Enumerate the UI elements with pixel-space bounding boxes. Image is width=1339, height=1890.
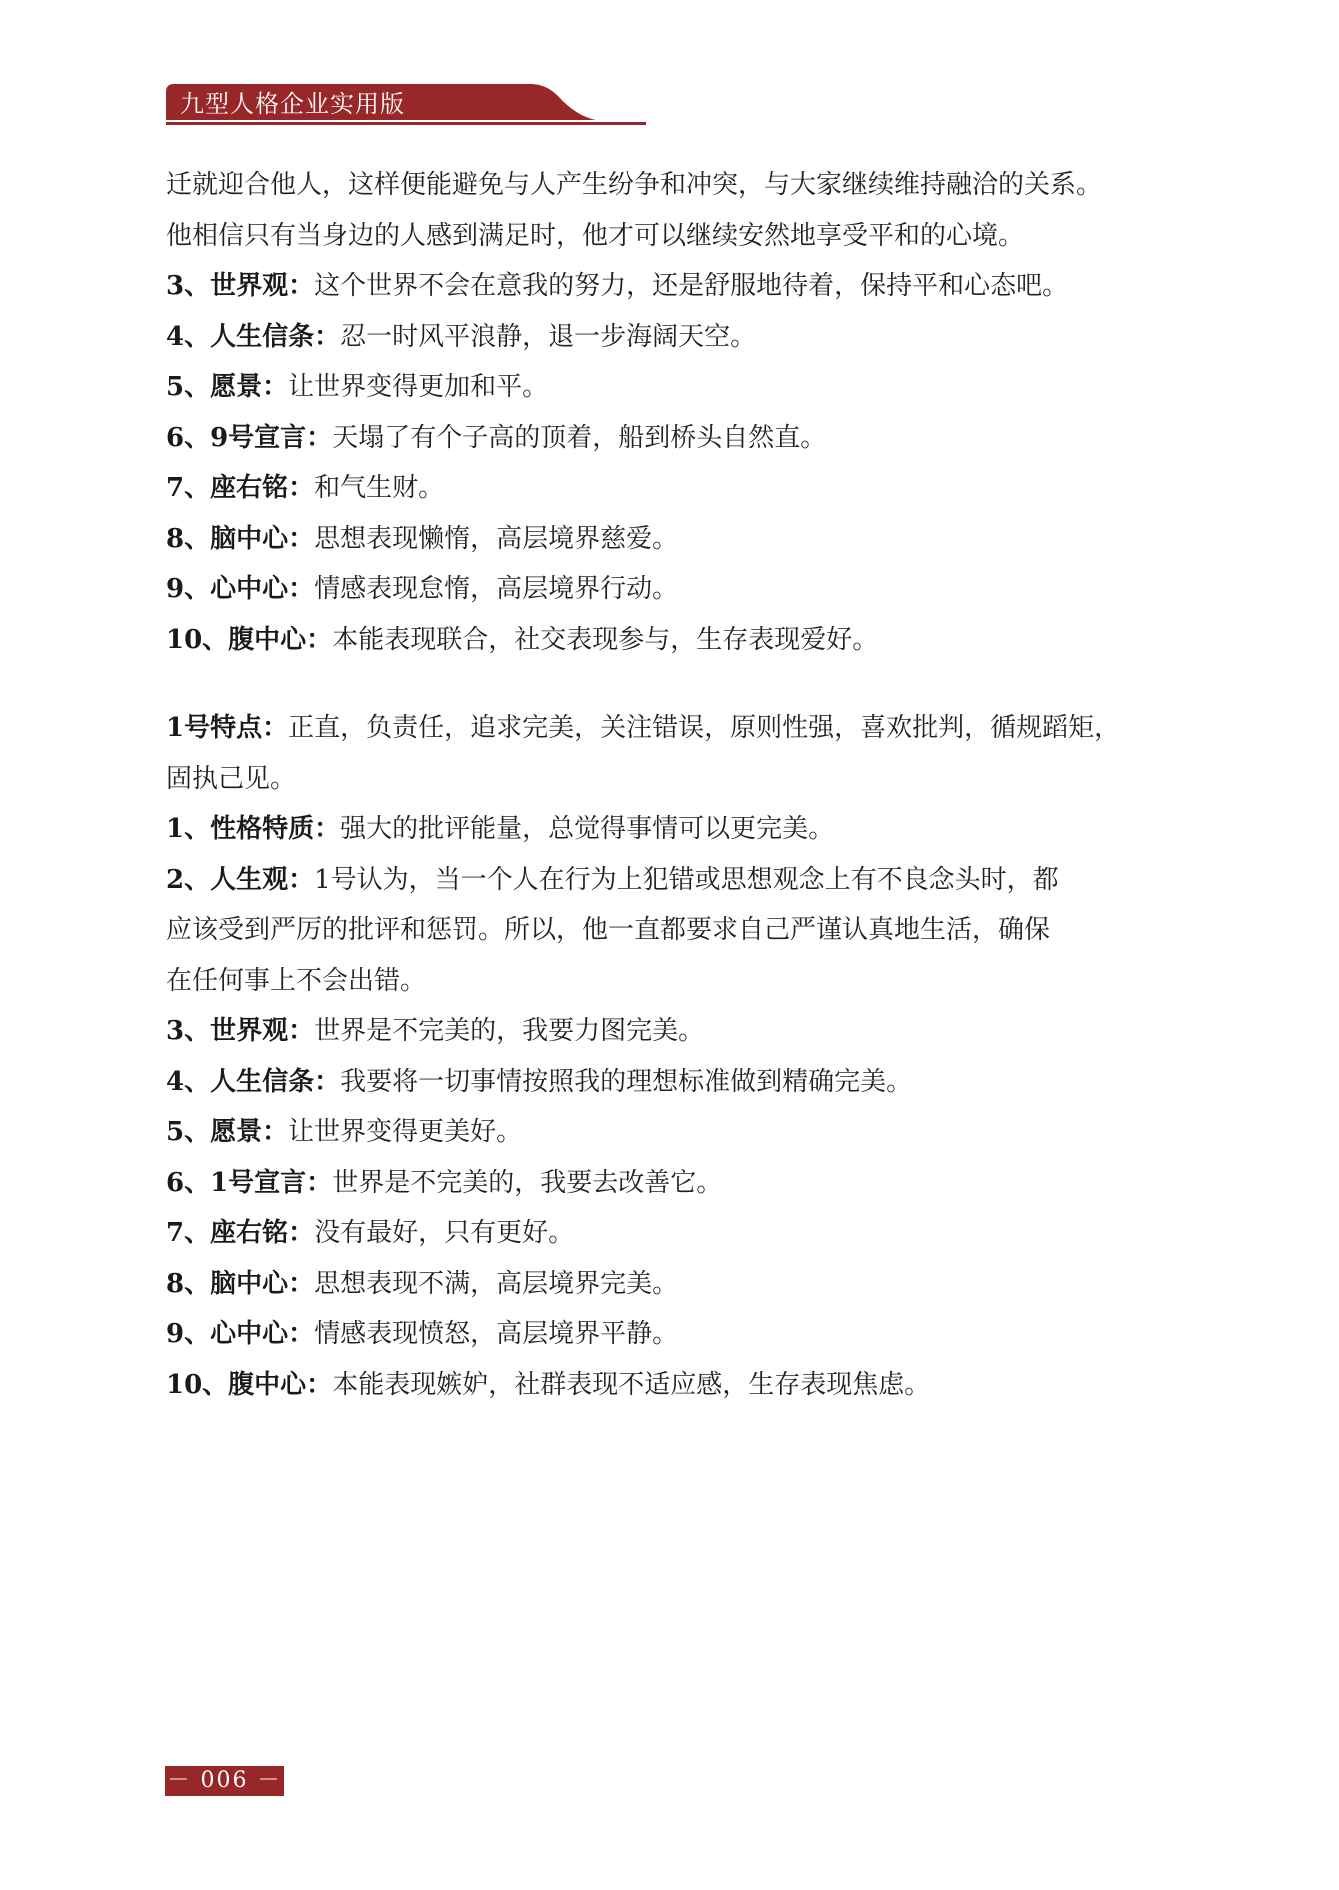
item-label: 5、愿景： (166, 1117, 288, 1147)
item-label: 4、人生信条： (166, 322, 340, 352)
list-item: 9、心中心：情感表现愤怒，高层境界平静。 (166, 1309, 1196, 1360)
item-text: 没有最好，只有更好。 (314, 1218, 574, 1248)
item-label: 8、脑中心： (166, 1269, 314, 1299)
list-item: 8、脑中心：思想表现懒惰，高层境界慈爱。 (166, 514, 1196, 565)
list-item: 10、腹中心：本能表现嫉妒，社群表现不适应感，生存表现焦虑。 (166, 1360, 1196, 1411)
item-text: 本能表现联合，社交表现参与，生存表现爱好。 (332, 625, 878, 655)
page-body: 迁就迎合他人，这样便能避免与人产生纷争和冲突，与大家继续维持融洽的关系。 他相信… (166, 160, 1196, 1410)
item-label: 5、愿景： (166, 372, 288, 402)
item-text: 世界是不完美的，我要去改善它。 (332, 1168, 722, 1198)
item-label: 3、世界观： (166, 271, 314, 301)
item-text: 本能表现嫉妒，社群表现不适应感，生存表现焦虑。 (332, 1370, 930, 1400)
list-item-continuation: 在任何事上不会出错。 (166, 956, 1196, 1007)
section-intro-label: 1号特点： (166, 713, 288, 743)
list-item: 5、愿景：让世界变得更加和平。 (166, 362, 1196, 413)
paragraph-line: 他相信只有当身边的人感到满足时，他才可以继续安然地享受平和的心境。 (166, 211, 1196, 262)
item-text: 强大的批评能量，总觉得事情可以更完美。 (340, 814, 834, 844)
section-gap (166, 665, 1196, 703)
list-item: 3、世界观：这个世界不会在意我的努力，还是舒服地待着，保持平和心态吧。 (166, 261, 1196, 312)
item-label: 9、心中心： (166, 574, 314, 604)
item-text: 情感表现怠惰，高层境界行动。 (314, 574, 678, 604)
list-item: 3、世界观：世界是不完美的，我要力图完美。 (166, 1006, 1196, 1057)
list-item: 7、座右铭：和气生财。 (166, 463, 1196, 514)
item-text: 天塌了有个子高的顶着，船到桥头自然直。 (332, 423, 826, 453)
list-item: 4、人生信条：忍一时风平浪静，退一步海阔天空。 (166, 312, 1196, 363)
item-text: 和气生财。 (314, 473, 444, 503)
list-item: 7、座右铭：没有最好，只有更好。 (166, 1208, 1196, 1259)
item-text: 让世界变得更加和平。 (288, 372, 548, 402)
item-text: 这个世界不会在意我的努力，还是舒服地待着，保持平和心态吧。 (314, 271, 1068, 301)
item-text: 我要将一切事情按照我的理想标准做到精确完美。 (340, 1067, 912, 1097)
section-intro-continuation: 固执己见。 (166, 754, 1196, 805)
list-item: 6、9号宣言：天塌了有个子高的顶着，船到桥头自然直。 (166, 413, 1196, 464)
item-text: 忍一时风平浪静，退一步海阔天空。 (340, 322, 756, 352)
page-number: － 006 － (165, 1766, 284, 1796)
list-item: 6、1号宣言：世界是不完美的，我要去改善它。 (166, 1158, 1196, 1209)
item-label: 9、心中心： (166, 1319, 314, 1349)
list-item: 9、心中心：情感表现怠惰，高层境界行动。 (166, 564, 1196, 615)
item-label: 2、人生观： (166, 865, 314, 895)
item-text: 思想表现不满，高层境界完美。 (314, 1269, 678, 1299)
paragraph-line: 迁就迎合他人，这样便能避免与人产生纷争和冲突，与大家继续维持融洽的关系。 (166, 160, 1196, 211)
item-text: 让世界变得更美好。 (288, 1117, 522, 1147)
item-label: 6、9号宣言： (166, 423, 332, 453)
item-label: 7、座右铭： (166, 473, 314, 503)
item-text: 世界是不完美的，我要力图完美。 (314, 1016, 704, 1046)
item-text: 思想表现懒惰，高层境界慈爱。 (314, 524, 678, 554)
item-label: 4、人生信条： (166, 1067, 340, 1097)
list-item: 2、人生观：1号认为，当一个人在行为上犯错或思想观念上有不良念头时，都 (166, 855, 1196, 906)
section-intro-text: 正直，负责任，追求完美，关注错误，原则性强，喜欢批判，循规蹈矩， (288, 713, 1120, 743)
item-label: 7、座右铭： (166, 1218, 314, 1248)
list-item-continuation: 应该受到严厉的批评和惩罚。所以，他一直都要求自己严谨认真地生活，确保 (166, 905, 1196, 956)
running-header: 九型人格企业实用版 (166, 84, 646, 128)
section-intro: 1号特点：正直，负责任，追求完美，关注错误，原则性强，喜欢批判，循规蹈矩， (166, 703, 1196, 754)
list-item: 4、人生信条：我要将一切事情按照我的理想标准做到精确完美。 (166, 1057, 1196, 1108)
list-item: 5、愿景：让世界变得更美好。 (166, 1107, 1196, 1158)
list-item: 1、性格特质：强大的批评能量，总觉得事情可以更完美。 (166, 804, 1196, 855)
item-text: 在任何事上不会出错。 (166, 966, 426, 996)
item-label: 1、性格特质： (166, 814, 340, 844)
list-item: 8、脑中心：思想表现不满，高层境界完美。 (166, 1259, 1196, 1310)
item-text: 1号认为，当一个人在行为上犯错或思想观念上有不良念头时，都 (314, 865, 1059, 895)
item-label: 6、1号宣言： (166, 1168, 332, 1198)
item-text: 情感表现愤怒，高层境界平静。 (314, 1319, 678, 1349)
item-label: 10、腹中心： (166, 1370, 332, 1400)
item-label: 10、腹中心： (166, 625, 332, 655)
item-label: 3、世界观： (166, 1016, 314, 1046)
list-item: 10、腹中心：本能表现联合，社交表现参与，生存表现爱好。 (166, 615, 1196, 666)
item-label: 8、脑中心： (166, 524, 314, 554)
book-title: 九型人格企业实用版 (180, 88, 405, 120)
item-text: 应该受到严厉的批评和惩罚。所以，他一直都要求自己严谨认真地生活，确保 (166, 915, 1050, 945)
